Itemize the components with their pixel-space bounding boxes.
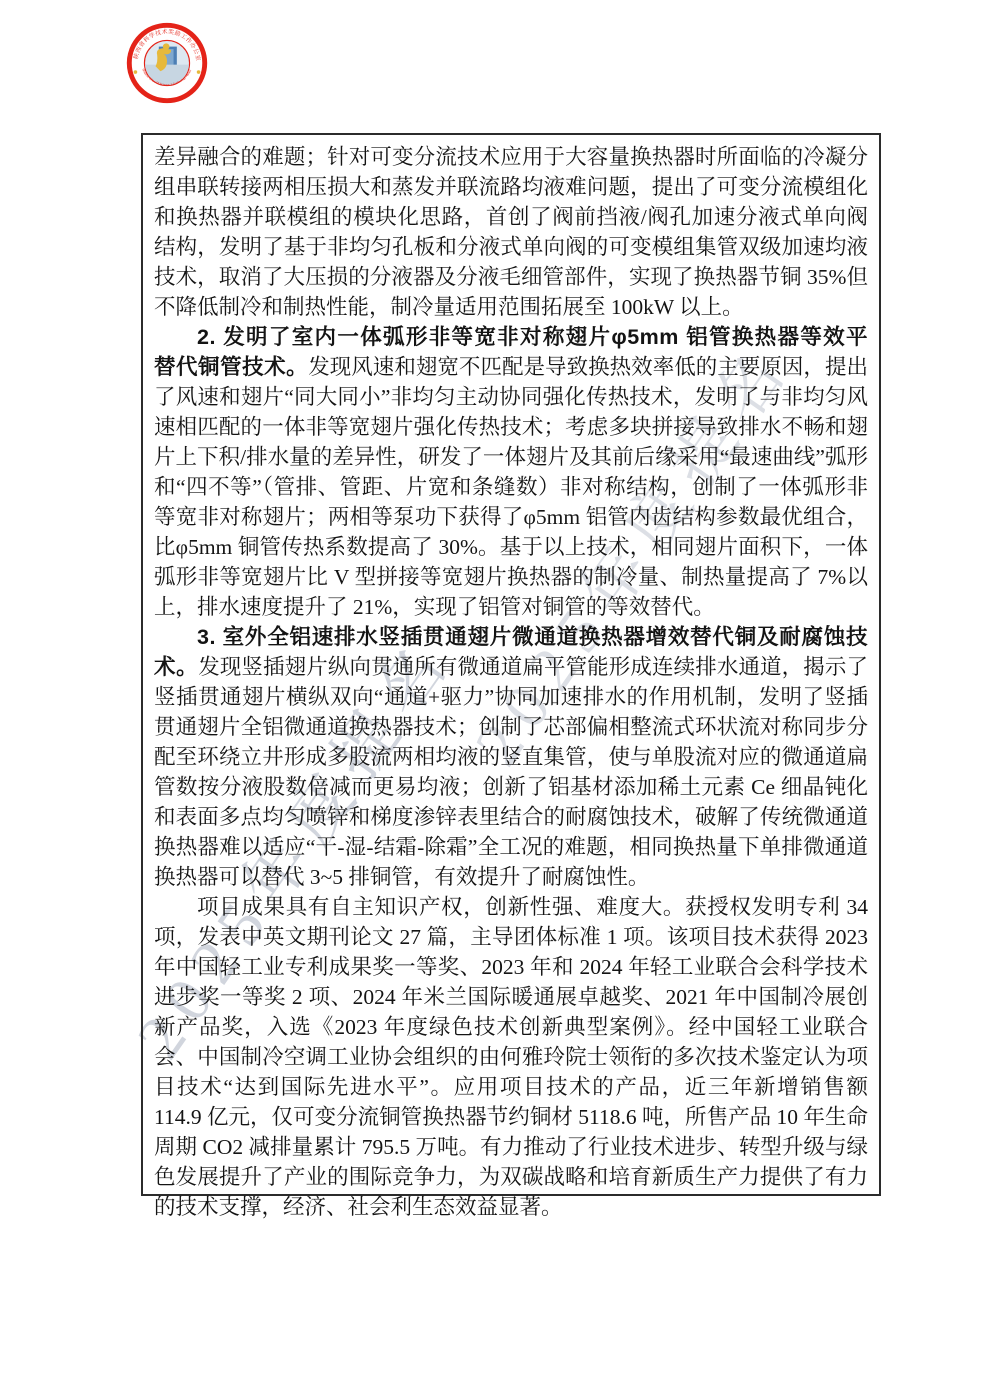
- trophy-top: [163, 43, 170, 50]
- document-paragraphs: 差异融合的难题；针对可变分流技术应用于大容量换热器时所面临的冷凝分组串联转接两相…: [154, 142, 868, 1222]
- document-paragraph: 2. 发明了室内一体弧形非等宽非对称翅片φ5mm 铝管换热器等效平替代铜管技术。…: [154, 322, 868, 622]
- paragraph-body: 差异融合的难题；针对可变分流技术应用于大容量换热器时所面临的冷凝分组串联转接两相…: [154, 145, 868, 319]
- document-page: 陕西省科学技术奖励工作办公室 Shaanxi Office Of Science…: [0, 0, 990, 1399]
- paragraph-body: 项目成果具有自主知识产权，创新性强、难度大。获授权发明专利 34 项，发表中英文…: [154, 895, 868, 1219]
- document-paragraph: 3. 室外全铝速排水竖插贯通翅片微通道换热器增效替代铜及耐腐蚀技术。发现竖插翅片…: [154, 622, 868, 892]
- seal-star-right-icon: [197, 70, 201, 74]
- document-paragraph: 差异融合的难题；针对可变分流技术应用于大容量换热器时所面临的冷凝分组串联转接两相…: [154, 142, 868, 322]
- document-paragraph: 项目成果具有自主知识产权，创新性强、难度大。获授权发明专利 34 项，发表中英文…: [154, 892, 868, 1222]
- table-cell: 差异融合的难题；针对可变分流技术应用于大容量换热器时所面临的冷凝分组串联转接两相…: [141, 133, 881, 1196]
- paragraph-body: 发现风速和翅宽不匹配是导致换热效率低的主要原因，提出了风速和翅片“同大同小”非均…: [154, 355, 868, 619]
- paragraph-body: 发现竖插翅片纵向贯通所有微通道扁平管能形成连续排水通道，揭示了竖插贯通翅片横纵双…: [154, 655, 868, 889]
- office-seal-logo: 陕西省科学技术奖励工作办公室 Shaanxi Office Of Science…: [126, 22, 208, 104]
- seal-star-left-icon: [134, 70, 138, 74]
